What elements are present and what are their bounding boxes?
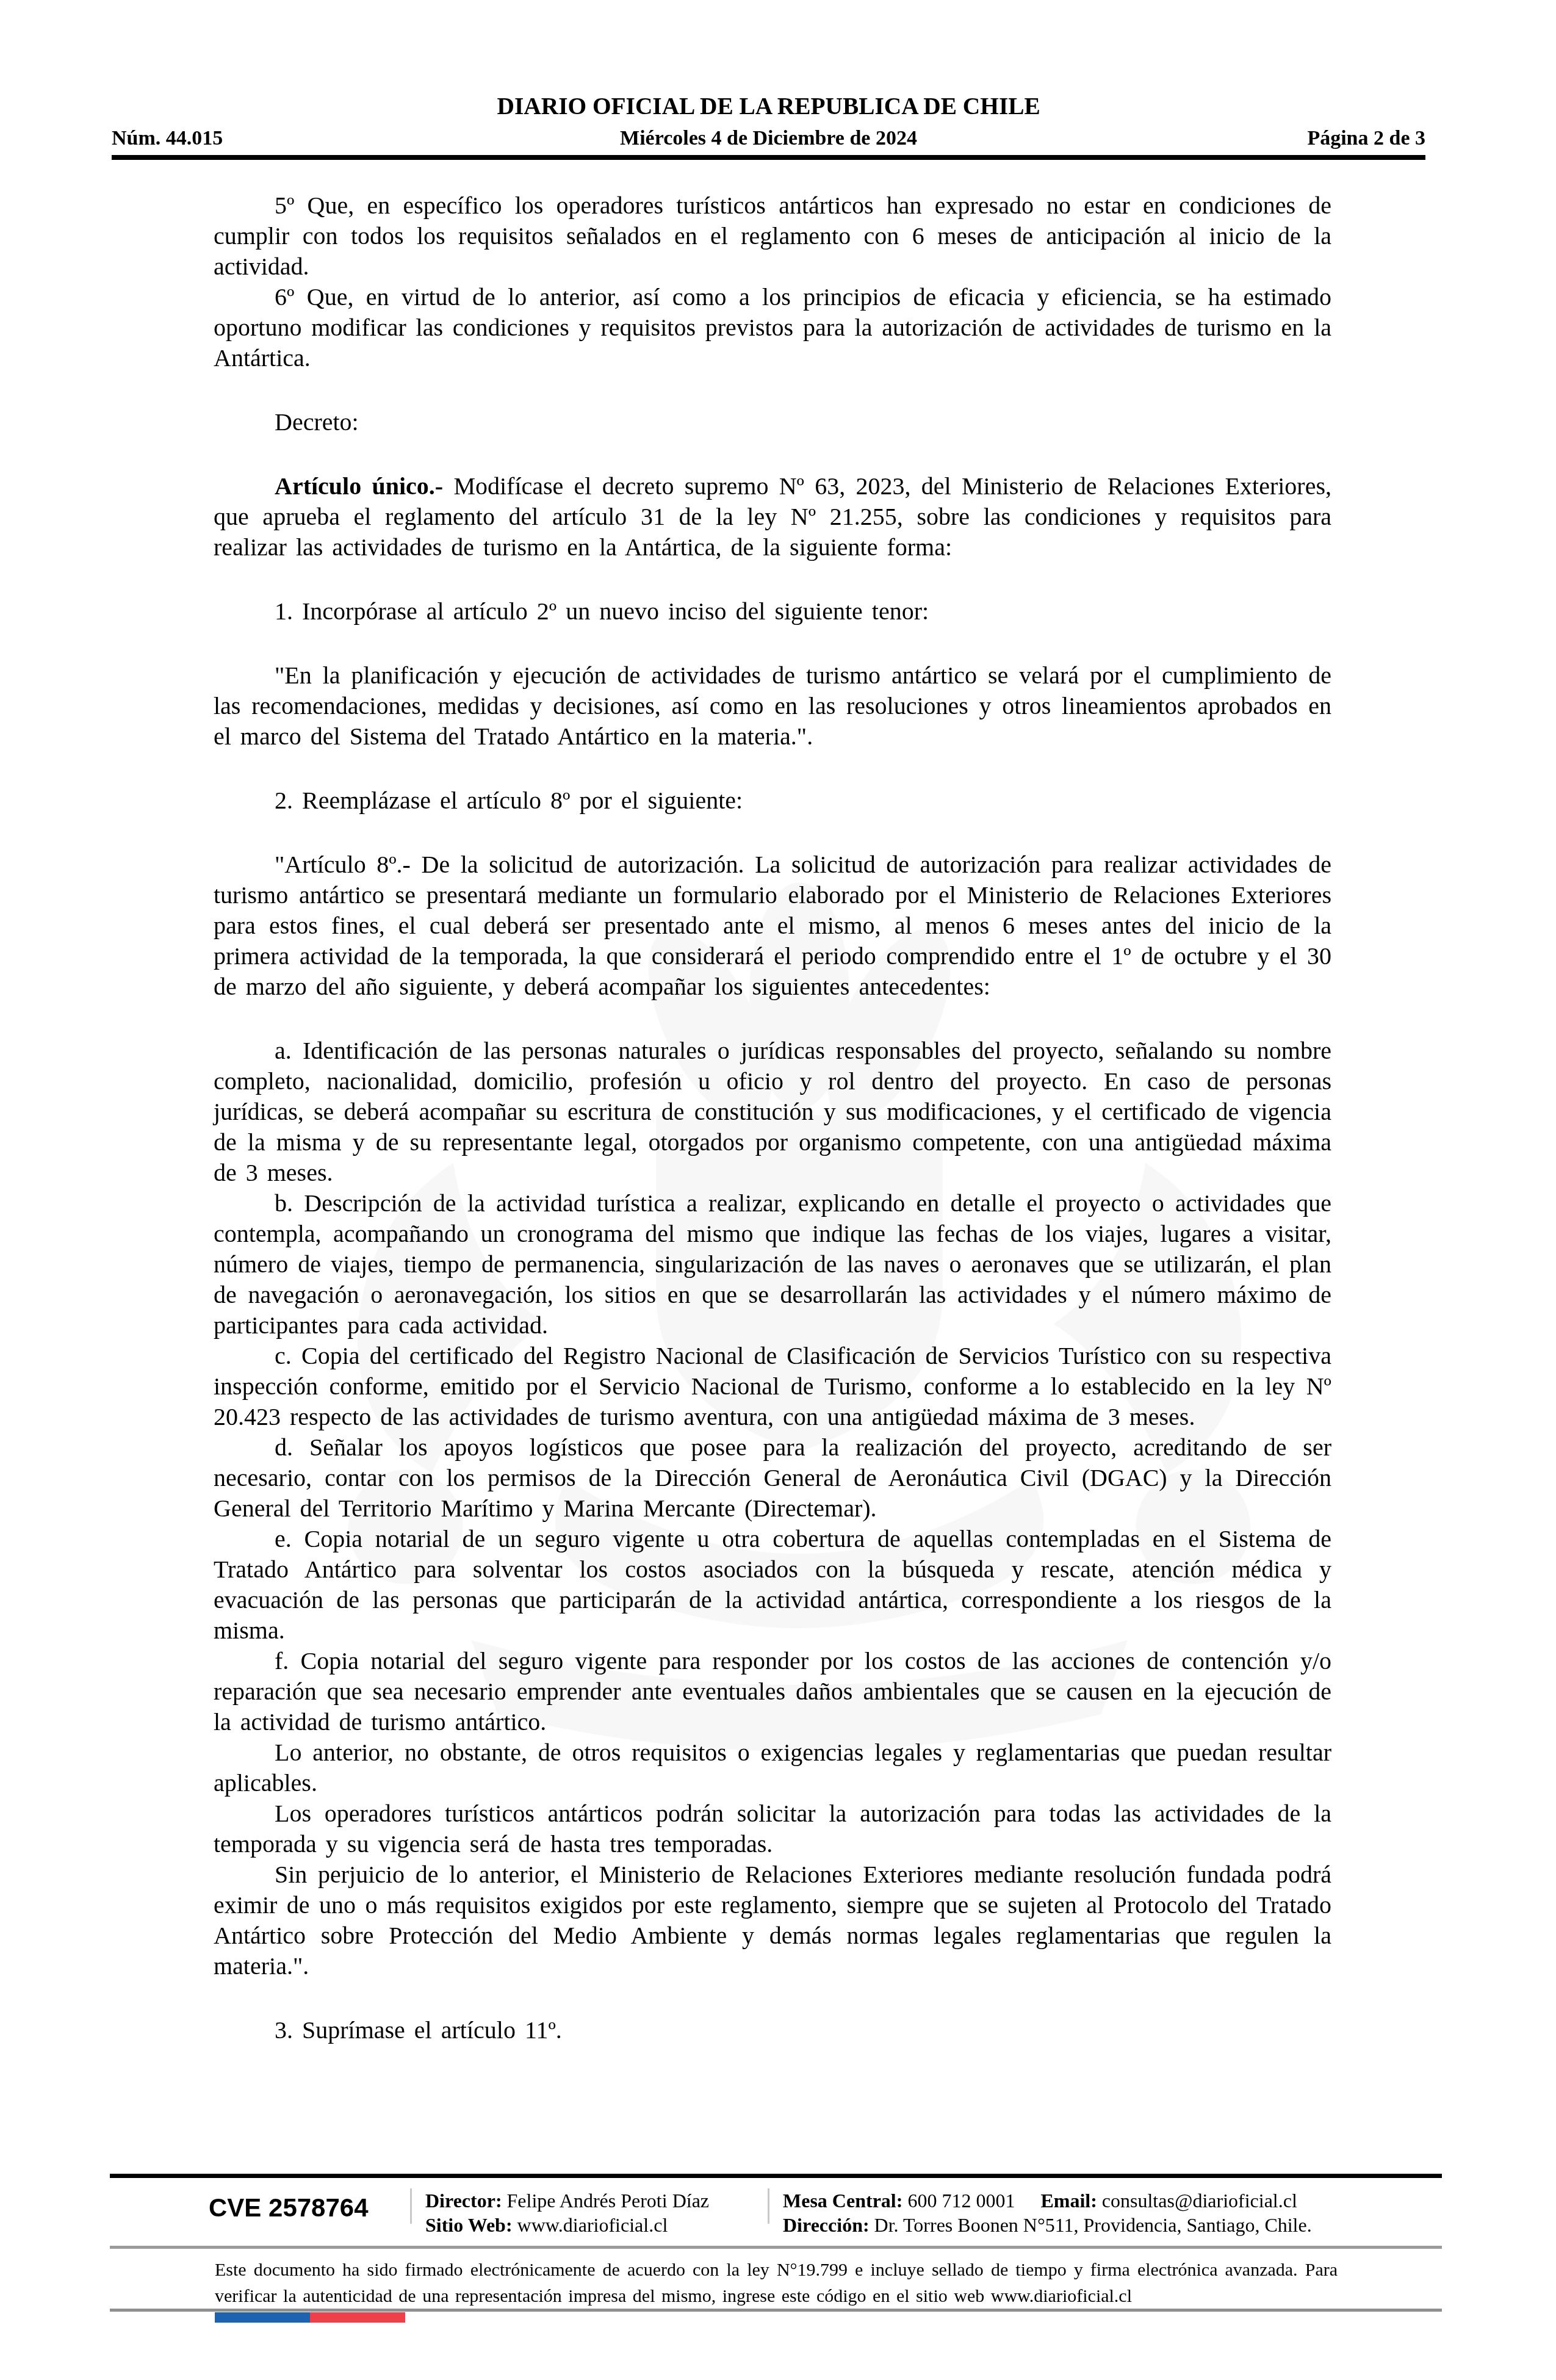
direccion-label: Dirección: (783, 2214, 870, 2236)
footer-mid-rule (110, 2246, 1442, 2249)
document-page: DIARIO OFICIAL DE LA REPUBLICA DE CHILE … (0, 0, 1556, 2380)
mesa-central-label: Mesa Central: (783, 2190, 902, 2212)
requisito-a: a. Identificación de las personas natura… (214, 1036, 1331, 1188)
inciso-quote: "En la planificación y ejecución de acti… (214, 660, 1331, 752)
footer-top-rule (110, 2174, 1442, 2178)
footer-divider (768, 2188, 769, 2224)
requisito-c: c. Copia del certificado del Registro Na… (214, 1341, 1331, 1432)
chile-flag-blue (215, 2312, 310, 2323)
footer-bottom-rule (110, 2309, 1442, 2312)
header-rule (112, 155, 1425, 160)
cve-code: CVE 2578764 (209, 2193, 369, 2223)
page-indicator: Página 2 de 3 (1307, 126, 1425, 151)
sitio-web-line: Sitio Web: www.diarioficial.cl (425, 2213, 709, 2237)
para-sin-perjuicio: Sin perjuicio de lo anterior, el Ministe… (214, 1859, 1331, 1982)
requisito-e: e. Copia notarial de un seguro vigente u… (214, 1524, 1331, 1646)
director-label: Director: (425, 2190, 502, 2212)
requisito-f: f. Copia notarial del seguro vigente par… (214, 1646, 1331, 1737)
mesa-central-phone: 600 712 0001 (907, 2190, 1015, 2212)
directive-3: 3. Suprímase el artículo 11º. (214, 2015, 1331, 2046)
footer-contact-column: Mesa Central: 600 712 0001Email: consult… (783, 2188, 1312, 2237)
directive-1: 1. Incorpórase al artículo 2º un nuevo i… (214, 596, 1331, 627)
recital-5: 5º Que, en específico los operadores tur… (214, 190, 1331, 282)
director-name: Felipe Andrés Peroti Díaz (507, 2190, 709, 2212)
masthead-title-text: DIARIO OFICIAL DE LA REPUBLICA DE CHILE (497, 92, 1040, 120)
edition-date: Miércoles 4 de Diciembre de 2024 (112, 126, 1425, 151)
email-address[interactable]: consultas@diarioficial.cl (1102, 2190, 1297, 2212)
articulo-8-quote: "Artículo 8º.- De la solicitud de autori… (214, 849, 1331, 1002)
articulo-unico: Artículo único.- Modifícase el decreto s… (214, 471, 1331, 563)
sitio-web-label: Sitio Web: (425, 2214, 513, 2236)
decreto-heading: Decreto: (214, 407, 1331, 438)
sitio-web-url[interactable]: www.diarioficial.cl (517, 2214, 668, 2236)
chile-flag-red (310, 2312, 405, 2323)
requisito-b: b. Descripción de la actividad turística… (214, 1188, 1331, 1341)
para-operadores-temporada: Los operadores turísticos antárticos pod… (214, 1798, 1331, 1859)
footer-director-column: Director: Felipe Andrés Peroti Díaz Siti… (425, 2188, 709, 2237)
direccion-line: Dirección: Dr. Torres Boonen N°511, Prov… (783, 2213, 1312, 2237)
requisito-d: d. Señalar los apoyos logísticos que pos… (214, 1432, 1331, 1524)
direccion-text: Dr. Torres Boonen N°511, Providencia, Sa… (874, 2214, 1312, 2236)
mesa-central-line: Mesa Central: 600 712 0001Email: consult… (783, 2188, 1312, 2213)
recital-6: 6º Que, en virtud de lo anterior, así co… (214, 282, 1331, 373)
para-lo-anterior: Lo anterior, no obstante, de otros requi… (214, 1737, 1331, 1798)
chile-flag-mark (215, 2312, 405, 2323)
masthead-title: DIARIO OFICIAL DE LA REPUBLICA DE CHILE (112, 92, 1425, 120)
footer-divider (410, 2188, 412, 2224)
director-line: Director: Felipe Andrés Peroti Díaz (425, 2188, 709, 2213)
directive-2: 2. Reemplázase el artículo 8º por el sig… (214, 785, 1331, 816)
signature-disclaimer: Este documento ha sido firmado electróni… (215, 2257, 1338, 2309)
email-label: Email: (1040, 2190, 1097, 2212)
decree-body: 5º Que, en específico los operadores tur… (214, 190, 1331, 2046)
articulo-unico-lead: Artículo único.- (275, 472, 443, 500)
